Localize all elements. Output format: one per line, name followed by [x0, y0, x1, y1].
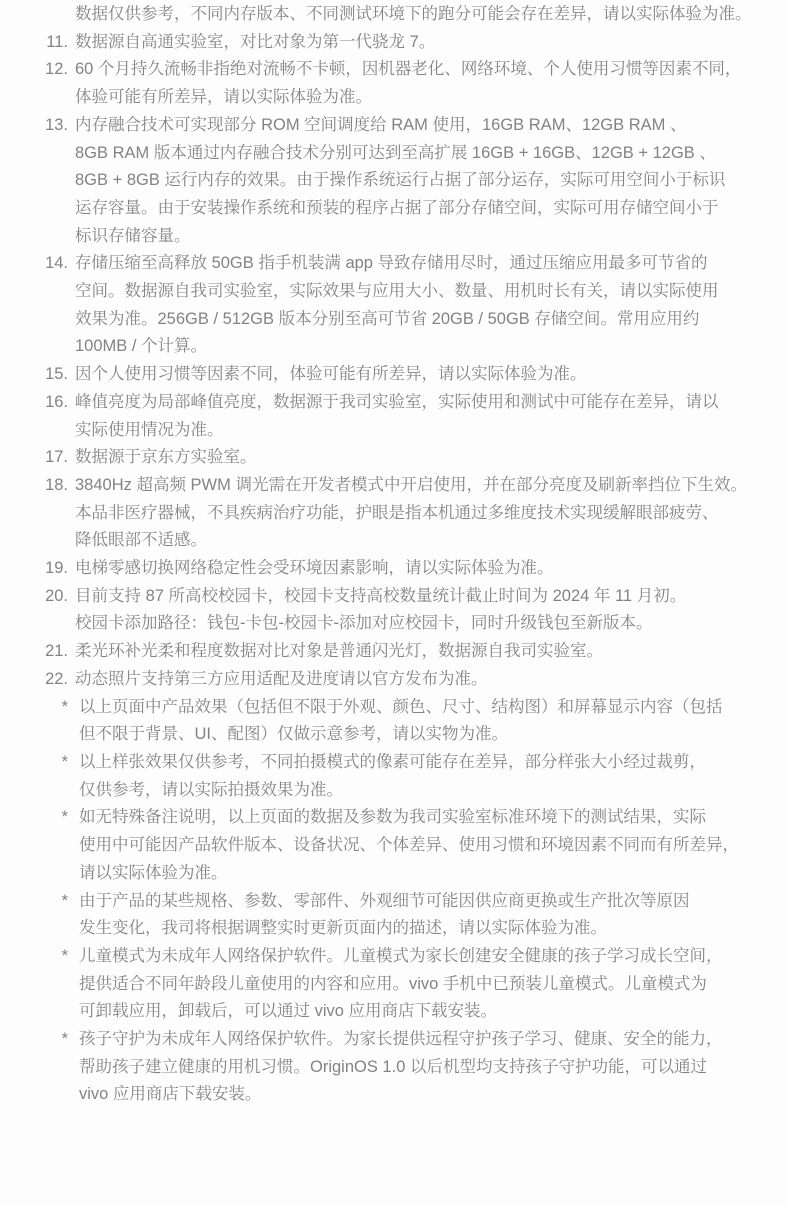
note-text: 3840Hz 超高频 PWM 调光需在开发者模式中开启使用，并在部分亮度及刷新率… — [75, 472, 768, 555]
note-item: 18. 3840Hz 超高频 PWM 调光需在开发者模式中开启使用，并在部分亮度… — [44, 472, 768, 555]
note-item: 20. 目前支持 87 所高校校园卡，校园卡支持高校数量统计截止时间为 2024… — [44, 583, 768, 638]
note-item: 22. 动态照片支持第三方应用适配及进度请以官方发布为准。 — [44, 666, 768, 694]
note-text: 如无特殊备注说明，以上页面的数据及参数为我司实验室标准环境下的测试结果，实际 使… — [75, 804, 768, 887]
note-marker: * — [44, 694, 68, 722]
note-item: 13. 内存融合技术可实现部分 ROM 空间调度给 RAM 使用，16GB RA… — [44, 112, 768, 251]
note-text: 由于产品的某些规格、参数、零部件、外观细节可能因供应商更换或生产批次等原因 发生… — [75, 888, 768, 943]
note-text: 动态照片支持第三方应用适配及进度请以官方发布为准。 — [75, 666, 768, 694]
note-item: 14. 存储压缩至高释放 50GB 指手机装满 app 导致存储用尽时，通过压缩… — [44, 250, 768, 361]
note-text: 数据仅供参考，不同内存版本、不同测试环境下的跑分可能会存在差异，请以实际体验为准… — [75, 1, 768, 29]
note-marker: 16. — [44, 389, 68, 417]
note-item: 19. 电梯零感切换网络稳定性会受环境因素影响，请以实际体验为准。 — [44, 555, 768, 583]
note-item: 数据仅供参考，不同内存版本、不同测试环境下的跑分可能会存在差异，请以实际体验为准… — [44, 1, 768, 29]
note-text: 以上页面中产品效果（包括但不限于外观、颜色、尺寸、结构图）和屏幕显示内容（包括 … — [75, 694, 768, 749]
note-item: * 孩子守护为未成年人网络保护软件。为家长提供远程守护孩子学习、健康、安全的能力… — [44, 1026, 768, 1109]
note-text: 以上样张效果仅供参考，不同拍摄模式的像素可能存在差异，部分样张大小经过裁剪， 仅… — [75, 749, 768, 804]
note-item: 17. 数据源于京东方实验室。 — [44, 444, 768, 472]
note-marker: 21. — [44, 638, 68, 666]
note-text: 存储压缩至高释放 50GB 指手机装满 app 导致存储用尽时，通过压缩应用最多… — [75, 250, 768, 361]
note-marker: * — [44, 1026, 68, 1054]
note-text: 内存融合技术可实现部分 ROM 空间调度给 RAM 使用，16GB RAM、12… — [75, 112, 768, 251]
note-item: 12. 60 个月持久流畅非指绝对流畅不卡顿，因机器老化、网络环境、个人使用习惯… — [44, 56, 768, 111]
note-marker: 13. — [44, 112, 68, 140]
note-item: * 由于产品的某些规格、参数、零部件、外观细节可能因供应商更换或生产批次等原因 … — [44, 888, 768, 943]
note-item: 21. 柔光环补光柔和程度数据对比对象是普通闪光灯，数据源自我司实验室。 — [44, 638, 768, 666]
note-text: 数据源自高通实验室，对比对象为第一代骁龙 7。 — [75, 29, 768, 57]
note-item: * 如无特殊备注说明，以上页面的数据及参数为我司实验室标准环境下的测试结果，实际… — [44, 804, 768, 887]
note-item: * 以上样张效果仅供参考，不同拍摄模式的像素可能存在差异，部分样张大小经过裁剪，… — [44, 749, 768, 804]
disclaimer-page: 数据仅供参考，不同内存版本、不同测试环境下的跑分可能会存在差异，请以实际体验为准… — [0, 0, 788, 1205]
disclaimer-notes-list: 数据仅供参考，不同内存版本、不同测试环境下的跑分可能会存在差异，请以实际体验为准… — [44, 1, 768, 1109]
note-marker: 19. — [44, 555, 68, 583]
note-marker: * — [44, 943, 68, 971]
note-marker: 22. — [44, 666, 68, 694]
note-text: 数据源于京东方实验室。 — [75, 444, 768, 472]
note-item: * 儿童模式为未成年人网络保护软件。儿童模式为家长创建安全健康的孩子学习成长空间… — [44, 943, 768, 1026]
note-marker: 14. — [44, 250, 68, 278]
note-item: 11. 数据源自高通实验室，对比对象为第一代骁龙 7。 — [44, 29, 768, 57]
note-marker: 12. — [44, 56, 68, 84]
note-marker: * — [44, 749, 68, 777]
note-marker: 17. — [44, 444, 68, 472]
note-marker: 15. — [44, 361, 68, 389]
note-text: 柔光环补光柔和程度数据对比对象是普通闪光灯，数据源自我司实验室。 — [75, 638, 768, 666]
note-item: 16. 峰值亮度为局部峰值亮度，数据源于我司实验室，实际使用和测试中可能存在差异… — [44, 389, 768, 444]
note-item: * 以上页面中产品效果（包括但不限于外观、颜色、尺寸、结构图）和屏幕显示内容（包… — [44, 694, 768, 749]
note-marker: * — [44, 804, 68, 832]
note-text: 因个人使用习惯等因素不同，体验可能有所差异，请以实际体验为准。 — [75, 361, 768, 389]
note-text: 电梯零感切换网络稳定性会受环境因素影响，请以实际体验为准。 — [75, 555, 768, 583]
note-marker: 11. — [44, 29, 68, 57]
note-text: 儿童模式为未成年人网络保护软件。儿童模式为家长创建安全健康的孩子学习成长空间， … — [75, 943, 768, 1026]
note-marker: * — [44, 888, 68, 916]
note-item: 15. 因个人使用习惯等因素不同，体验可能有所差异，请以实际体验为准。 — [44, 361, 768, 389]
note-marker: 20. — [44, 583, 68, 611]
note-text: 目前支持 87 所高校校园卡，校园卡支持高校数量统计截止时间为 2024 年 1… — [75, 583, 768, 638]
note-marker: 18. — [44, 472, 68, 500]
note-text: 峰值亮度为局部峰值亮度，数据源于我司实验室，实际使用和测试中可能存在差异，请以 … — [75, 389, 768, 444]
note-text: 孩子守护为未成年人网络保护软件。为家长提供远程守护孩子学习、健康、安全的能力， … — [75, 1026, 768, 1109]
note-text: 60 个月持久流畅非指绝对流畅不卡顿，因机器老化、网络环境、个人使用习惯等因素不… — [75, 56, 768, 111]
